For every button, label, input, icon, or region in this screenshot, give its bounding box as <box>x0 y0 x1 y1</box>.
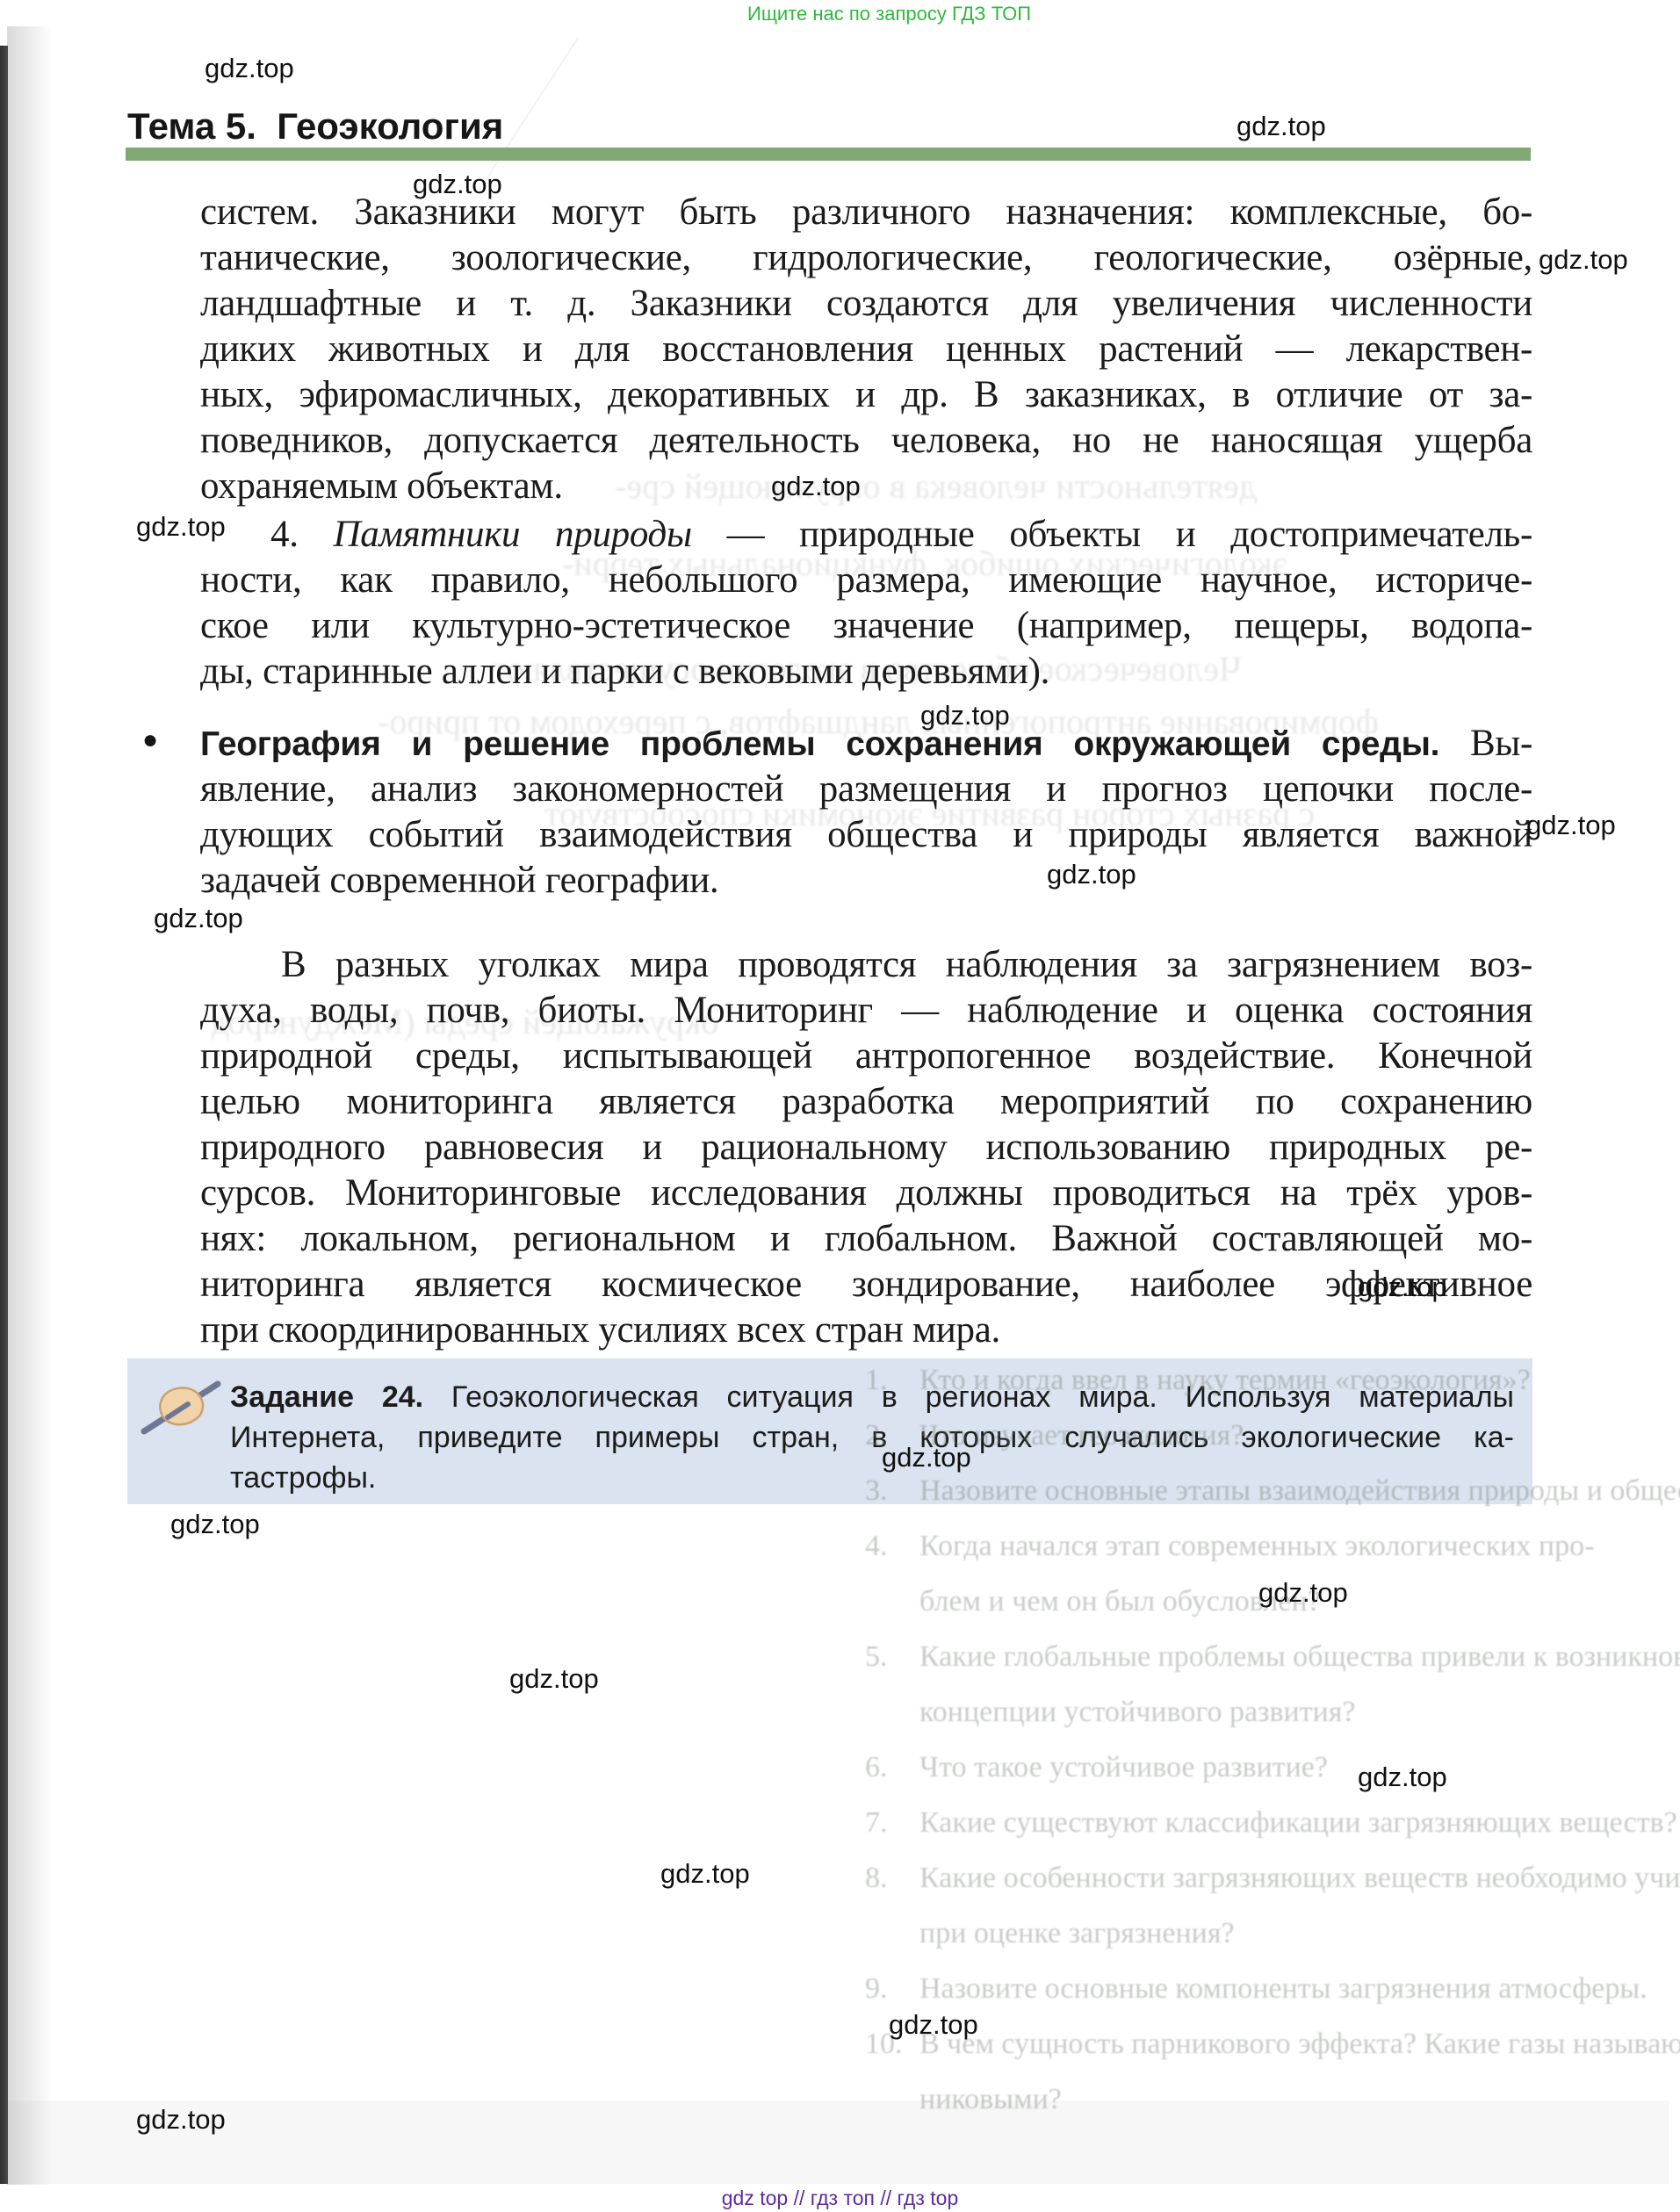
watermark: gdz.top <box>1526 810 1616 841</box>
body-line: сурсов. Мониторинговые исследования долж… <box>200 1171 1532 1216</box>
body-line: целью мониторинга является разработка ме… <box>200 1079 1532 1125</box>
bleedthrough-question: 2.Что изучает геоэкология? <box>865 1419 1655 1452</box>
watermark: gdz.top <box>920 700 1010 731</box>
body-line: систем. Заказники могут быть различного … <box>200 190 1532 235</box>
body-line: ды, старинные аллеи и парки с вековыми д… <box>200 649 1532 695</box>
watermark: gdz.top <box>660 1858 750 1890</box>
watermark: gdz.top <box>1358 1762 1447 1793</box>
section-lead-bold: География и решение проблемы сохранения … <box>200 725 1439 763</box>
watermark: gdz.top <box>170 1509 260 1540</box>
bleedthrough-question: 3.Назовите основные этапы взаимодействия… <box>865 1474 1655 1508</box>
bleedthrough-question: 1.Кто и когда ввел в науку термин «геоэк… <box>865 1364 1655 1397</box>
body-line: ское или культурно-эстетическое значение… <box>200 603 1532 649</box>
book-gutter-shadow <box>7 26 53 2185</box>
watermark: gdz.top <box>1358 1272 1447 1303</box>
watermark: gdz.top <box>1258 1577 1348 1609</box>
watermark: gdz.top <box>1539 244 1628 276</box>
scanned-textbook-page: Ищите нас по запросу ГДЗ ТОП Тема 5. Гео… <box>0 0 1680 2212</box>
bleedthrough-question: никовыми? <box>865 2083 1655 2116</box>
footer-links[interactable]: gdz top // гдз топ // гдз top <box>0 2187 1680 2210</box>
chapter-title: Тема 5. Геоэкология <box>127 104 503 149</box>
body-line: природного равновесия и рациональному ис… <box>200 1125 1532 1171</box>
body-line: ности, как правило, небольшого размера, … <box>200 558 1532 603</box>
bleedthrough-question: 5.Какие глобальные проблемы общества при… <box>865 1640 1655 1674</box>
watermark: gdz.top <box>154 903 243 934</box>
body-line: при скоординированных усилиях всех стран… <box>200 1308 1532 1353</box>
task-number-label: Задание 24. <box>230 1380 423 1414</box>
body-line: дующих событий взаимодействия общества и… <box>200 812 1532 858</box>
watermark: gdz.top <box>889 2009 978 2041</box>
body-line: ландшафтные и т. д. Заказники создаются … <box>200 281 1532 327</box>
bleedthrough-question: 8.Какие особенности загрязняющих веществ… <box>865 1862 1655 1895</box>
body-line: ных, эфиромасличных, декоративных и др. … <box>200 372 1532 418</box>
body-line: В разных уголках мира проводятся наблюде… <box>200 942 1532 988</box>
body-line: природной среды, испытывающей антропоген… <box>200 1034 1532 1079</box>
bleedthrough-question: 7.Какие существуют классификации загрязн… <box>865 1806 1655 1840</box>
body-line: ниторинга является космическое зондирова… <box>200 1262 1532 1308</box>
body-line: нях: локальном, региональном и глобально… <box>200 1216 1532 1262</box>
body-line: поведников, допускается деятельность чел… <box>200 418 1532 464</box>
body-line: География и решение проблемы сохранения … <box>200 721 1532 767</box>
book-spine-edge <box>0 46 8 2184</box>
bleedthrough-question: 4.Когда начался этап современных экологи… <box>865 1530 1655 1563</box>
watermark: gdz.top <box>509 1663 599 1695</box>
item-number: 4. <box>270 514 333 555</box>
bleedthrough-question: концепции устойчивого развития? <box>865 1696 1655 1729</box>
body-line: диких животных и для восстановления ценн… <box>200 327 1532 372</box>
watermark: gdz.top <box>136 511 226 543</box>
body-line: задачей современной географии. <box>200 858 1532 904</box>
term-italic: Памятники природы <box>333 514 691 555</box>
bleedthrough-question: 10.В чем сущность парникового эффекта? К… <box>865 2028 1655 2061</box>
body-line: танические, зоологические, гидрологическ… <box>200 235 1532 281</box>
watermark: gdz.top <box>136 2104 226 2136</box>
watermark: gdz.top <box>1047 859 1136 890</box>
bullet-icon: ● <box>142 725 158 755</box>
chapter-title-underline <box>126 148 1531 161</box>
bleedthrough-question: при оценке загрязнения? <box>865 1917 1655 1950</box>
watermark: gdz.top <box>413 169 502 200</box>
top-promo-link[interactable]: Ищите нас по запросу ГДЗ ТОП <box>747 3 1031 25</box>
bleedthrough-question: 6.Что такое устойчивое развитие? <box>865 1751 1655 1784</box>
watermark: gdz.top <box>771 471 861 502</box>
bleedthrough-question: 9.Назовите основные компоненты загрязнен… <box>865 1972 1655 2006</box>
body-line: явление, анализ закономерностей размещен… <box>200 767 1532 812</box>
watermark: gdz.top <box>1237 111 1326 142</box>
watermark: gdz.top <box>205 53 294 84</box>
body-text: — природные объекты и достопримечатель- <box>692 514 1532 555</box>
body-line: охраняемым объектам. <box>200 464 1532 509</box>
body-line: 4. Памятники природы — природные объекты… <box>200 512 1532 558</box>
body-line: духа, воды, почв, биоты. Мониторинг — на… <box>200 988 1532 1034</box>
watermark: gdz.top <box>882 1442 971 1473</box>
pencil-in-hand-icon <box>139 1377 223 1440</box>
body-text: Вы- <box>1439 723 1532 764</box>
